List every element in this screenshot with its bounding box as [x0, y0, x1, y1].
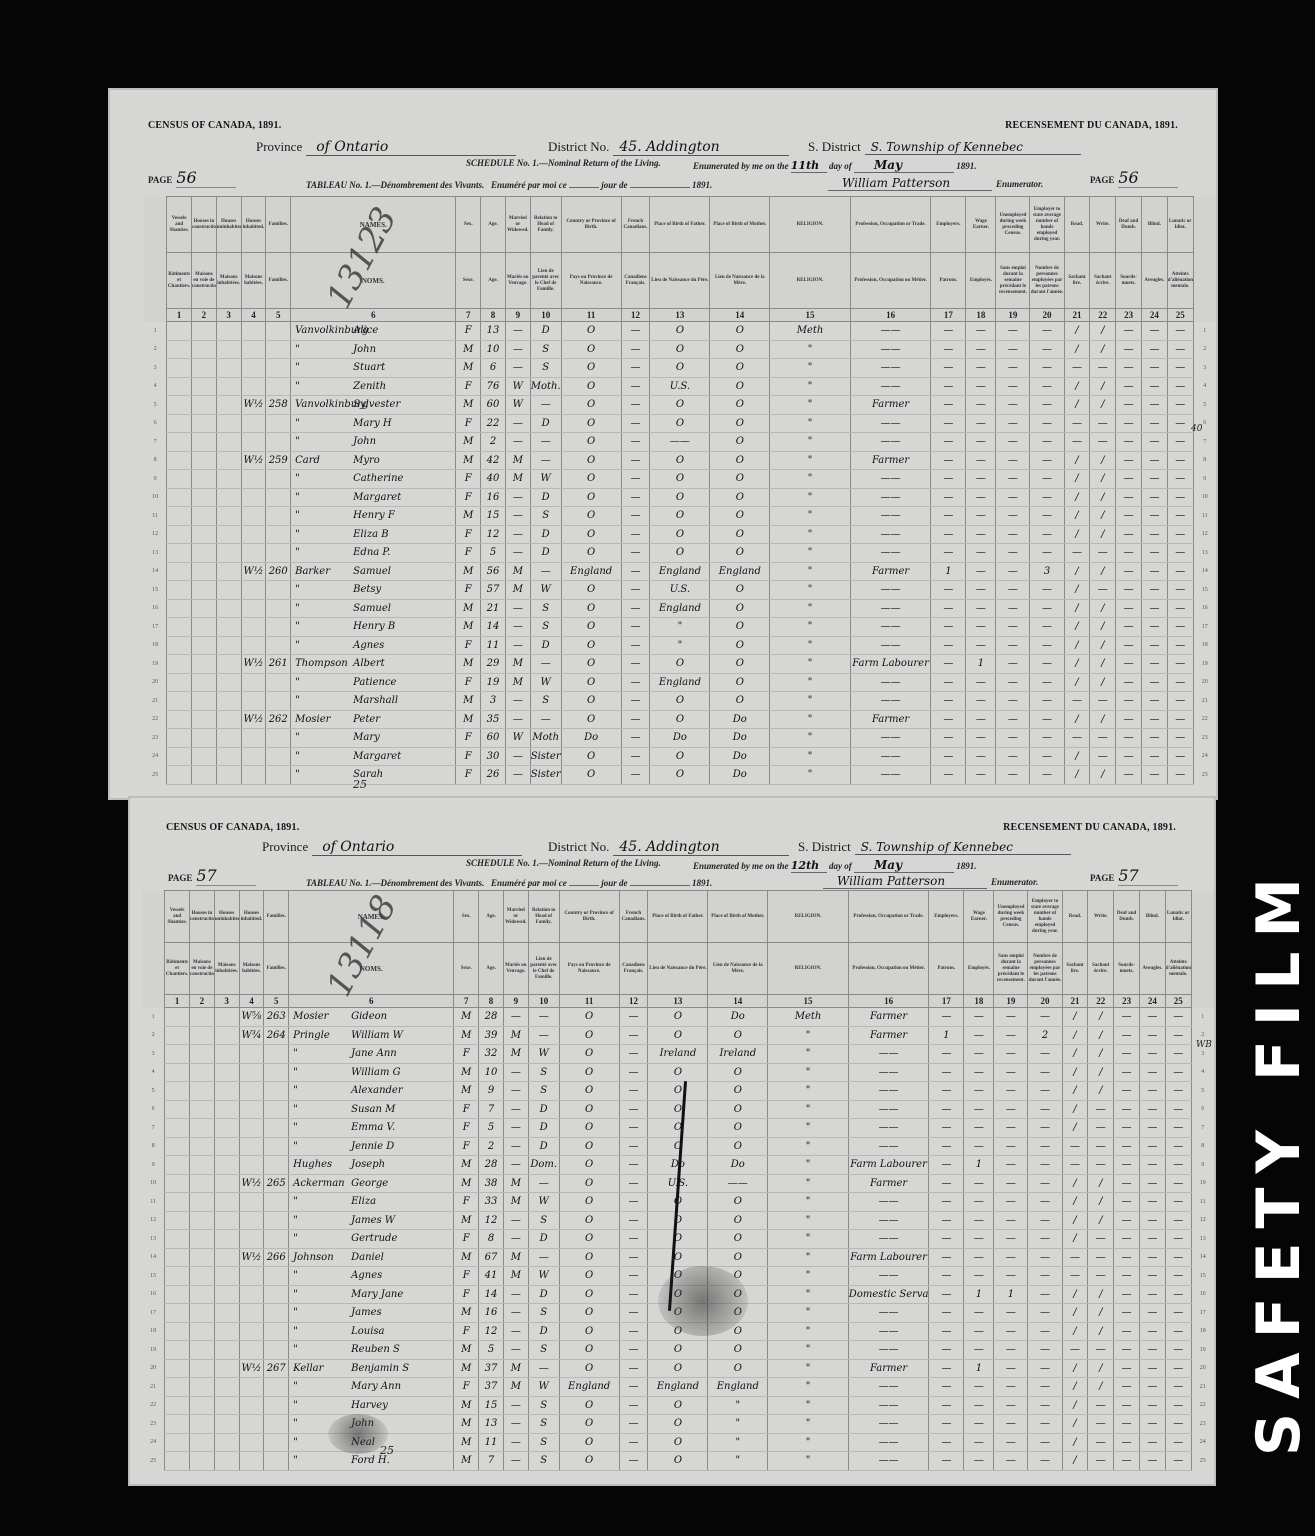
cell-c3 — [214, 1396, 239, 1415]
cell-fc: — — [619, 1285, 648, 1304]
given-name: Zenith — [353, 381, 386, 392]
col-header: Relation to Head of Family. — [530, 197, 561, 253]
cell-c17: — — [931, 581, 966, 600]
enumerator-field: William Patterson Enumerator. — [823, 872, 1038, 890]
cell-religion: Meth — [768, 1008, 849, 1027]
cell-c25: — — [1167, 433, 1193, 452]
column-number: 12 — [621, 309, 650, 322]
cell-read: — — [1062, 1137, 1088, 1156]
cell-sex: F — [456, 766, 481, 785]
row-number: 17 — [144, 618, 167, 637]
cell-write: — — [1088, 1100, 1114, 1119]
column-number: 21 — [1064, 309, 1090, 322]
cell-birth: O — [559, 1193, 619, 1212]
cell-c24: — — [1141, 655, 1167, 674]
cell-c18: — — [964, 1174, 994, 1193]
cell-c18: — — [966, 488, 996, 507]
row-number: 16 — [142, 1285, 165, 1304]
col-header: Employer to state average number of hand… — [1028, 891, 1062, 943]
cell-mar: — — [505, 618, 530, 637]
cell-fc: — — [619, 1267, 648, 1286]
cell-age: 33 — [479, 1193, 504, 1212]
col-header: Employés. — [966, 253, 996, 309]
page-tally: 25 — [353, 778, 367, 791]
row-number: 24 — [144, 747, 167, 766]
cell-c1 — [165, 1193, 190, 1212]
cell-age: 30 — [481, 747, 506, 766]
cell-c19: — — [994, 1304, 1028, 1323]
cell-c24: — — [1139, 1230, 1165, 1249]
row-number: 12 — [1191, 1211, 1214, 1230]
cell-rel: S — [530, 599, 561, 618]
cell-write: / — [1088, 1285, 1114, 1304]
cell-read: / — [1064, 747, 1090, 766]
surname: " — [295, 603, 353, 614]
cell-c3 — [216, 562, 241, 581]
cell-c20: — — [1028, 1156, 1062, 1175]
cell-c2 — [190, 1137, 215, 1156]
cell-rel: S — [528, 1415, 559, 1434]
cell-sex: F — [456, 673, 481, 692]
district-label: District No. — [548, 139, 609, 154]
cell-c5 — [266, 377, 291, 396]
cell-father: O — [648, 1359, 708, 1378]
cell-c20: — — [1028, 1137, 1062, 1156]
col-header: Maisons habitées. — [239, 943, 264, 995]
district-value: 45. Addington — [613, 839, 789, 856]
cell-c17: — — [929, 1396, 964, 1415]
cell-mar: — — [503, 1285, 528, 1304]
cell-sex: M — [456, 692, 481, 711]
cell-write: / — [1088, 1045, 1114, 1064]
cell-c1 — [167, 747, 192, 766]
column-number: 11 — [561, 309, 621, 322]
col-header: Deaf and Dumb. — [1114, 891, 1140, 943]
cell-rel: D — [530, 636, 561, 655]
cell-prof: Domestic Servant — [848, 1285, 929, 1304]
cell-write: — — [1088, 1230, 1114, 1249]
cell-c20: — — [1028, 1100, 1062, 1119]
cell-father: O — [650, 359, 710, 378]
cell-religion: " — [768, 1396, 849, 1415]
table-row: 25"Ford H.M7—SO—O""——————/————25 — [142, 1452, 1214, 1471]
cell-religion: " — [768, 1026, 849, 1045]
cell-fc: — — [621, 636, 650, 655]
cell-c18: — — [966, 599, 996, 618]
cell-c1 — [167, 673, 192, 692]
col-header: Pays ou Province de Naissance. — [559, 943, 619, 995]
cell-c1 — [167, 710, 192, 729]
row-number: 19 — [1193, 655, 1216, 674]
cell-c1 — [165, 1248, 190, 1267]
cell-c19: — — [996, 544, 1030, 563]
cell-c19: — — [994, 1026, 1028, 1045]
cell-age: 29 — [481, 655, 506, 674]
given-name: Jane Ann — [351, 1048, 397, 1059]
cell-c23: — — [1114, 1248, 1140, 1267]
cell-age: 9 — [479, 1082, 504, 1101]
cell-age: 60 — [481, 729, 506, 748]
cell-read: / — [1064, 710, 1090, 729]
cell-father: " — [650, 636, 710, 655]
cell-c25: — — [1165, 1100, 1191, 1119]
cell-c18: — — [964, 1026, 994, 1045]
cell-prof: —— — [848, 1415, 929, 1434]
col-header: Age. — [479, 891, 504, 943]
cell-age: 13 — [481, 322, 506, 341]
row-number: 25 — [1193, 766, 1216, 785]
cell-c24: — — [1139, 1396, 1165, 1415]
cell-c18: — — [966, 414, 996, 433]
cell-religion: " — [768, 1378, 849, 1397]
cell-birth: O — [559, 1119, 619, 1138]
cell-c20: — — [1028, 1322, 1062, 1341]
given-name: Alexander — [351, 1085, 402, 1096]
cell-c1 — [167, 451, 192, 470]
cell-c19: — — [996, 525, 1030, 544]
page-label: PAGE — [1090, 175, 1114, 185]
cell-c5: 264 — [264, 1026, 289, 1045]
cell-religion: " — [768, 1433, 849, 1452]
cell-c5 — [266, 747, 291, 766]
surname: " — [295, 381, 353, 392]
cell-write: — — [1088, 1452, 1114, 1471]
cell-c2 — [192, 636, 217, 655]
cell-c1 — [167, 507, 192, 526]
cell-mar: — — [505, 766, 530, 785]
cell-c4 — [239, 1211, 264, 1230]
cell-c1 — [167, 729, 192, 748]
cell-prof: —— — [848, 1304, 929, 1323]
cell-religion: " — [768, 1211, 849, 1230]
cell-c20: — — [1028, 1415, 1062, 1434]
cell-read: / — [1064, 636, 1090, 655]
cell-sex: M — [456, 433, 481, 452]
cell-sex: M — [454, 1359, 479, 1378]
cell-c5 — [264, 1285, 289, 1304]
table-row: 1W⅝263MosierGideonM28——O—ODoMethFarmer——… — [142, 1008, 1214, 1027]
cell-c23: — — [1116, 433, 1142, 452]
cell-c20: — — [1028, 1452, 1062, 1471]
cell-write: / — [1090, 340, 1116, 359]
row-number: 7 — [1191, 1119, 1214, 1138]
cell-rel: S — [530, 692, 561, 711]
cell-c24: — — [1141, 340, 1167, 359]
cell-c24: — — [1141, 488, 1167, 507]
cell-c3 — [214, 1230, 239, 1249]
cell-rel: Sister — [530, 747, 561, 766]
cell-father: O — [648, 1100, 708, 1119]
cell-c18: — — [964, 1378, 994, 1397]
name-cell: "Eliza — [289, 1193, 454, 1212]
cell-fc: — — [621, 470, 650, 489]
col-header: Nombre de personnes employées par les pa… — [1028, 943, 1062, 995]
cell-sex: M — [454, 1063, 479, 1082]
cell-religion: " — [770, 673, 851, 692]
cell-age: 3 — [481, 692, 506, 711]
cell-c19: — — [996, 470, 1030, 489]
given-name: Betsy — [353, 584, 381, 595]
cell-c1 — [167, 636, 192, 655]
cell-c3 — [216, 322, 241, 341]
cell-mother: " — [708, 1415, 768, 1434]
cell-c24: — — [1139, 1026, 1165, 1045]
schedule-en: SCHEDULE No. 1.—Nominal Return of the Li… — [466, 158, 661, 168]
cell-c18: — — [964, 1230, 994, 1249]
name-cell: "Betsy — [291, 581, 456, 600]
cell-prof: —— — [850, 729, 931, 748]
cell-c2 — [192, 507, 217, 526]
cell-c1 — [167, 655, 192, 674]
table-row: 19W½261ThompsonAlbertM29M—O—OO"Farm Labo… — [144, 655, 1216, 674]
cell-c3 — [214, 1008, 239, 1027]
col-header: RELIGION. — [768, 943, 849, 995]
enumerated-by-en: Enumerated by me on the 11th day of May … — [693, 158, 977, 173]
row-number: 23 — [142, 1415, 165, 1434]
cell-c25: — — [1165, 1304, 1191, 1323]
cell-c25: — — [1167, 359, 1193, 378]
table-row: 3"Jane AnnF32MWO—IrelandIreland"——————//… — [142, 1045, 1214, 1064]
cell-prof: Farmer — [850, 451, 931, 470]
cell-write: / — [1088, 1063, 1114, 1082]
cell-c20: — — [1030, 766, 1064, 785]
cell-c24: — — [1139, 1082, 1165, 1101]
cell-prof: Farmer — [850, 710, 931, 729]
given-name: Daniel — [351, 1252, 384, 1263]
cell-c18: — — [964, 1452, 994, 1471]
col-header: Bâtiments et Chantiers. — [165, 943, 190, 995]
cell-c4 — [241, 414, 266, 433]
cell-c17: — — [931, 544, 966, 563]
surname: Thompson — [295, 658, 353, 669]
cell-religion: " — [768, 1341, 849, 1360]
name-cell: "Sarah — [291, 766, 456, 785]
cell-fc: — — [621, 729, 650, 748]
row-number: 22 — [1193, 710, 1216, 729]
col-header: Canadiens Français. — [621, 253, 650, 309]
cell-c5 — [264, 1433, 289, 1452]
col-header: Profession, Occupation ou Métier. — [848, 943, 929, 995]
province-value: of Ontario — [312, 839, 522, 856]
cell-age: 5 — [481, 544, 506, 563]
cell-rel: S — [528, 1452, 559, 1471]
column-number: 17 — [931, 309, 966, 322]
cell-age: 2 — [481, 433, 506, 452]
cell-prof: —— — [848, 1267, 929, 1286]
cell-birth: England — [561, 562, 621, 581]
cell-rel: Moth. — [530, 377, 561, 396]
cell-age: 22 — [481, 414, 506, 433]
cell-father: O — [650, 488, 710, 507]
cell-rel: S — [528, 1211, 559, 1230]
row-number: 8 — [144, 451, 167, 470]
cell-read: / — [1064, 766, 1090, 785]
cell-c24: — — [1139, 1174, 1165, 1193]
col-header: Married or Widowed. — [505, 197, 530, 253]
cell-c23: — — [1116, 451, 1142, 470]
cell-c1 — [167, 525, 192, 544]
cell-mother: " — [708, 1433, 768, 1452]
cell-sex: M — [456, 359, 481, 378]
cell-c4: W½ — [241, 451, 266, 470]
cell-sex: M — [454, 1396, 479, 1415]
cell-c25: — — [1165, 1378, 1191, 1397]
cell-c17: 1 — [931, 562, 966, 581]
cell-c5: 262 — [266, 710, 291, 729]
cell-c19: — — [996, 396, 1030, 415]
cell-c19: — — [996, 340, 1030, 359]
col-header: Deaf and Dumb. — [1116, 197, 1142, 253]
cell-birth: O — [561, 396, 621, 415]
surname: " — [293, 1048, 351, 1059]
cell-birth: O — [559, 1026, 619, 1045]
cell-fc: — — [621, 544, 650, 563]
cell-c5 — [264, 1341, 289, 1360]
cell-c19: — — [996, 433, 1030, 452]
cell-age: 8 — [479, 1230, 504, 1249]
cell-c25: — — [1167, 322, 1193, 341]
cell-c3 — [216, 599, 241, 618]
surname: Vanvolkinburg — [295, 399, 353, 410]
row-number: 12 — [144, 525, 167, 544]
cell-c2 — [190, 1045, 215, 1064]
row-number: 24 — [1191, 1433, 1214, 1452]
cell-c24: — — [1139, 1156, 1165, 1175]
cell-mar: W — [505, 396, 530, 415]
cell-fc: — — [621, 340, 650, 359]
cell-fc: — — [619, 1026, 648, 1045]
cell-c17: — — [929, 1211, 964, 1230]
name-cell: VanvolkinburgSylvester — [291, 396, 456, 415]
cell-c2 — [190, 1230, 215, 1249]
cell-c23: — — [1116, 729, 1142, 748]
cell-religion: " — [770, 507, 851, 526]
cell-c17: — — [931, 470, 966, 489]
cell-birth: O — [559, 1008, 619, 1027]
cell-c2 — [192, 396, 217, 415]
row-number: 21 — [144, 692, 167, 711]
column-number: 22 — [1088, 995, 1114, 1008]
cell-c5 — [266, 692, 291, 711]
cell-write: — — [1090, 544, 1116, 563]
cell-c5 — [264, 1063, 289, 1082]
cell-write: / — [1088, 1008, 1114, 1027]
cell-c2 — [192, 618, 217, 637]
cell-c2 — [192, 451, 217, 470]
cell-c5 — [266, 618, 291, 637]
cell-c18: — — [966, 433, 996, 452]
schedule-fr: TABLEAU No. 1.—Dénombrement des Vivants.… — [306, 180, 712, 190]
cell-prof: Farm Labourer — [848, 1248, 929, 1267]
cell-sex: F — [456, 488, 481, 507]
cell-mother: England — [708, 1378, 768, 1397]
col-header: Place of Birth of Mother. — [708, 891, 768, 943]
cell-c5 — [264, 1119, 289, 1138]
cell-c2 — [190, 1341, 215, 1360]
cell-c25: — — [1167, 729, 1193, 748]
cell-c1 — [165, 1304, 190, 1323]
cell-c19: — — [994, 1322, 1028, 1341]
table-row: 9"CatherineF40MWO—OO"——————//———9 — [144, 470, 1216, 489]
cell-birth: O — [559, 1248, 619, 1267]
cell-rel: Dom. — [528, 1156, 559, 1175]
cell-mar: M — [503, 1248, 528, 1267]
cell-mar: M — [503, 1267, 528, 1286]
cell-sex: F — [454, 1267, 479, 1286]
cell-c1 — [165, 1063, 190, 1082]
cell-prof: —— — [848, 1119, 929, 1138]
cell-religion: " — [768, 1285, 849, 1304]
cell-read: / — [1064, 451, 1090, 470]
cell-c4 — [241, 488, 266, 507]
col-header: Maisons en voie de construction. — [192, 253, 217, 309]
cell-c23: — — [1114, 1063, 1140, 1082]
row-number: 24 — [142, 1433, 165, 1452]
surname: " — [293, 1122, 351, 1133]
cell-c19: — — [994, 1174, 1028, 1193]
surname: " — [293, 1067, 351, 1078]
cell-c4 — [241, 544, 266, 563]
cell-prof: —— — [850, 618, 931, 637]
row-number: 14 — [144, 562, 167, 581]
cell-c3 — [214, 1193, 239, 1212]
cell-religion: " — [770, 655, 851, 674]
cell-c2 — [190, 1026, 215, 1045]
row-number: 10 — [144, 488, 167, 507]
cell-religion: " — [770, 451, 851, 470]
cell-c2 — [192, 377, 217, 396]
cell-c25: — — [1167, 562, 1193, 581]
cell-birth: O — [559, 1285, 619, 1304]
row-number: 4 — [144, 377, 167, 396]
cell-mother: O — [710, 359, 770, 378]
cell-c19: — — [996, 451, 1030, 470]
cell-write: / — [1090, 673, 1116, 692]
col-header: Maisons inhabitées. — [216, 253, 241, 309]
cell-birth: O — [559, 1174, 619, 1193]
cell-read: / — [1064, 488, 1090, 507]
surname: " — [295, 751, 353, 762]
name-cell: "Samuel — [291, 599, 456, 618]
cell-c2 — [192, 710, 217, 729]
cell-c23: — — [1114, 1082, 1140, 1101]
cell-age: 14 — [479, 1285, 504, 1304]
row-number: 22 — [1191, 1396, 1214, 1415]
row-number: 14 — [1193, 562, 1216, 581]
row-number: 18 — [142, 1322, 165, 1341]
cell-mar: — — [503, 1341, 528, 1360]
cell-rel: — — [528, 1008, 559, 1027]
cell-c24: — — [1139, 1248, 1165, 1267]
cell-c1 — [165, 1174, 190, 1193]
cell-c25: — — [1167, 414, 1193, 433]
census-title-fr: RECENSEMENT DU CANADA, 1891. — [1003, 822, 1176, 833]
cell-rel: — — [528, 1026, 559, 1045]
cell-c4 — [241, 322, 266, 341]
surname: " — [295, 344, 353, 355]
cell-c23: — — [1114, 1008, 1140, 1027]
row-number: 10 — [1191, 1174, 1214, 1193]
cell-c3 — [216, 766, 241, 785]
cell-mar: — — [505, 692, 530, 711]
given-name: Mary — [353, 732, 380, 743]
day-of-label: day of — [829, 161, 852, 171]
cell-mar: M — [505, 562, 530, 581]
cell-c4: W⅝ — [239, 1008, 264, 1027]
cell-mar: M — [505, 655, 530, 674]
cell-c17: — — [929, 1415, 964, 1434]
row-number: 21 — [1193, 692, 1216, 711]
